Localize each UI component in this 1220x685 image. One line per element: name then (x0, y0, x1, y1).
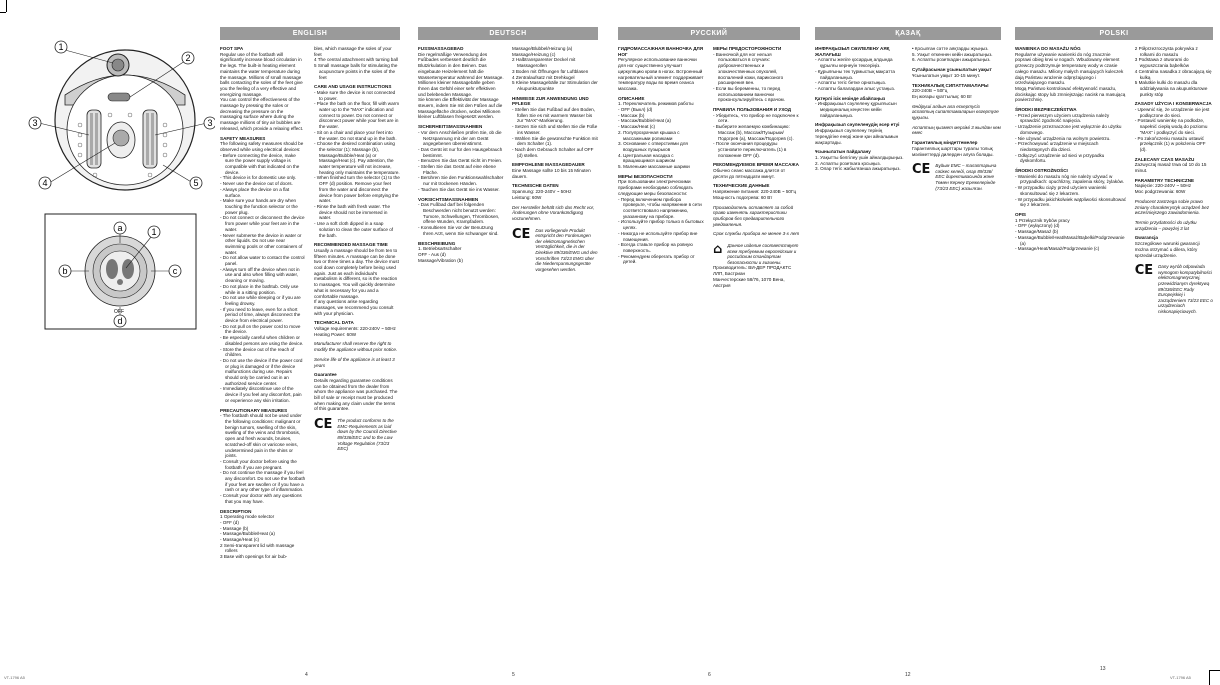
list-item: 3 Podstawa z otworami do wypuszczania bą… (1135, 57, 1213, 68)
list-item: 2 Semi-transparent lid with massage roll… (220, 543, 306, 554)
paragraph: Обычно сеанс массажа длится от десяти до… (713, 168, 800, 179)
paragraph: Regular use of the footbath will signifi… (220, 52, 306, 98)
list-item: - Do not place in the bathtub. Only use … (220, 284, 306, 295)
text-column: Massage/Blubbel/Heizung (a)Massage/Heizu… (512, 46, 598, 272)
list-item: - Berühren Sie den Funktionswahlschalter… (418, 175, 504, 186)
list-item: - Құрылғыны тек тұрмыстық мақсатта пайда… (815, 69, 904, 80)
section-heading: ГИДРОМАССАЖНАЯ ВАННОЧКА ДЛЯ НОГ (618, 46, 705, 57)
list-item: - Аспапты балалардан алыс ұстаңыз. (815, 86, 904, 92)
ce-mark-icon: CE (512, 228, 530, 242)
crop-mark (1209, 670, 1210, 685)
list-item: - Place the bath on the floor, fill with… (314, 101, 400, 130)
list-item: - The footbath should not be used under … (220, 413, 306, 459)
callout-3: 3 (32, 118, 37, 128)
ce-conformity-block: CEThe product conforms to the EMC-Requir… (314, 418, 400, 452)
list-item: 5 Kleine Massagebälle zur Stimulation de… (512, 80, 598, 91)
list-item: 1. Уақытты белгілеу үшін айналдырыңыз. (815, 155, 904, 161)
list-item: - Всегда ставьте прибор на ровную поверх… (618, 242, 705, 253)
text-column: МЕРЫ ПРЕДОСТОРОЖНОСТИ- Ванночкой для ног… (713, 46, 800, 288)
list-item: - Przed pierwszym użyciem urządzenia nal… (1015, 113, 1127, 124)
list-item: 2 Półprzezroczysta pokrywka z rolkami do… (1135, 46, 1213, 57)
list-item: - Do not use while sleeping or if you ar… (220, 295, 306, 306)
paragraph: Производитель: ВИ-ДЕР ПРОДАКТС ЛЛП, Баст… (713, 265, 800, 276)
paragraph: Voltage requirements: 220-240V ~ 50Hz (314, 326, 400, 332)
list-item: 3. Олар тегіс жабылғанша ажыратыңыз. (815, 166, 904, 172)
paragraph: You can control the effectiveness of the… (220, 97, 306, 131)
paragraph: Manufacturer shall reserve the right to … (314, 341, 400, 352)
page-number: 5 (512, 672, 515, 678)
language-header: DEUTSCH (418, 27, 598, 40)
list-item: 5 Malutkie kulki do masażu dla oddziaływ… (1135, 80, 1213, 97)
text-column: ИНФРАҚЫЗЫЛ СӘУЛЕЛЕНУ АЯҚ ЖАЛАҒЫШ- Аспапт… (815, 46, 904, 191)
paragraph: Producent zastrzega sobie prawo zmiany c… (1135, 199, 1213, 216)
list-item: - Do not pull on the power cord to move … (220, 324, 306, 335)
callout-c: c (173, 266, 178, 276)
callout-1: 1 (151, 227, 156, 237)
list-item: - После окончания процедуры установите п… (713, 141, 800, 158)
text-column: • Қосылған сәтте аяқтарды жуыңыз.5. Уақы… (912, 46, 1001, 191)
list-item: - Choose the desired combination using t… (314, 141, 400, 175)
language-section-polski: POLSKIWANIENKA DO MASAŻU NÓGRegularne uż… (1015, 27, 1213, 315)
list-item: - Setzen Sie sich und stellen Sie die Fü… (512, 124, 598, 135)
list-item: - Massage/Bubble/Heat/Masaż/Bąbelki/Podg… (1015, 235, 1127, 246)
paragraph: Leistung: 60W (512, 195, 598, 201)
list-item: - Выберите желаемую комбинацию: Массаж (… (713, 124, 800, 141)
conformity-text: Данное изделие соответствует всем требуе… (727, 243, 800, 265)
list-item: - Odłączyć urządzenie od sieci w przypad… (1015, 153, 1127, 164)
page-number: 12 (905, 672, 911, 678)
list-item: - Do not use the device if the power cor… (220, 358, 306, 387)
list-item: - Stellen Sie das Fußbad auf den Boden, … (512, 107, 598, 124)
language-section-deutsch: DEUTSCHFUSSMASSAGEBADDie regelmäßige Ver… (418, 27, 598, 272)
text-column: WANIENKA DO MASAŻU NÓGRegularne używanie… (1015, 46, 1127, 315)
callout-5: 5 (193, 178, 198, 188)
list-item: - Rinse the bath with fresh water. The d… (314, 204, 400, 221)
list-item: - Make sure the device is not connected … (314, 90, 400, 101)
paragraph: bles, which massage the soles of your fe… (314, 46, 400, 57)
paragraph: Die regelmäßige Verwendung des Fußbades … (418, 52, 504, 98)
text-column: bles, which massage the soles of your fe… (314, 46, 400, 560)
list-item: - Аспапты желіге қосардың алдында құрылғ… (815, 57, 904, 68)
paragraph: Regularne używanie wanienki do nóg znacz… (1015, 52, 1127, 86)
list-item: Massage/Vibration (b) (418, 258, 504, 264)
list-item: - Stellen Sie das Gerät auf eine ebene F… (418, 164, 504, 175)
list-item: - Nach dem Gebrauch Schalter auf OFF (d)… (512, 147, 598, 158)
language-header: РУССКИЙ (618, 27, 800, 40)
list-item: 4. Центральная насадка с вращающимся шар… (618, 153, 705, 164)
list-item: - Konsultieren Sie vor der Benutzung Ihr… (418, 225, 504, 236)
text-column: FOOT SPARegular use of the footbath will… (220, 46, 306, 560)
list-item: - Tauchen Sie das Gerät nie ins Wasser. (418, 187, 504, 193)
conformity-text: The product conforms to the EMC-Requirem… (337, 418, 400, 452)
paragraph: Zazwyczaj masaż trwa od 10 do 15 minut. (1135, 162, 1213, 173)
crop-mark (0, 12, 6, 13)
ce-mark-icon: ⌂ (713, 243, 722, 257)
callout-3: 3 (207, 118, 212, 128)
section-heading: ИНФРАҚЫЗЫЛ СӘУЛЕЛЕНУ АЯҚ ЖАЛАҒЫШ (815, 46, 904, 57)
off-label: OFF (114, 309, 124, 315)
list-item: - Перед включением прибора проверьте, чт… (618, 197, 705, 220)
ce-mark-icon: CE (1135, 264, 1153, 278)
list-item: - Immediately discontinue use of the dev… (220, 386, 306, 403)
paragraph: Heating Power: 60W (314, 332, 400, 338)
paragraph: Szczegółowe warunki gwarancji można otrz… (1135, 241, 1213, 258)
list-item: - Make sure your hands are dry when touc… (220, 198, 306, 215)
list-item: - Das Gerät ist nur für den Hausgebrauch… (418, 147, 504, 158)
ce-conformity-block: ⌂Данное изделие соответствует всем требу… (713, 243, 800, 265)
language-section-english: ENGLISHFOOT SPARegular use of the footba… (220, 27, 400, 560)
list-item: - Przechowywać urządzenie w miejscach ni… (1015, 141, 1127, 152)
paragraph: Ұсынылатын уақыт 10-15 минут. (912, 73, 1001, 79)
list-item: - If you need to leave, even for a short… (220, 307, 306, 324)
list-item: 2 Halbtransparenter Deckel mit Massagero… (512, 57, 598, 68)
text-column: ГИДРОМАССАЖНАЯ ВАННОЧКА ДЛЯ НОГРегулярно… (618, 46, 705, 288)
crop-mark (1210, 670, 1220, 671)
callout-4: 4 (42, 178, 47, 188)
list-item: - Always turn off the device when not in… (220, 267, 306, 284)
footer-code-left: VT-1796 A5 (4, 675, 25, 680)
callout-b: b (62, 266, 67, 276)
list-item: - Das Fußbad darf bei folgenden Beschwer… (418, 202, 504, 225)
foot-spa-diagram: 1 2 3 3 4 5 (25, 35, 215, 200)
paragraph: Der Hersteller behält sich das Recht vor… (512, 205, 598, 222)
section-heading: ПРАВИЛА ПОЛЬЗОВАНИЯ И УХОД (713, 107, 800, 113)
paragraph: If any questions arise regarding massage… (314, 299, 400, 316)
list-item: - Urządzenie przeznaczone jest wyłącznie… (1015, 124, 1127, 135)
paragraph: Производитель оставляет за собой право и… (713, 205, 800, 228)
list-item: - Po zakończeniu masażu ustawić przełącz… (1135, 136, 1213, 153)
list-item: 6. Аспапты розеткадан ажыратыңыз. (912, 57, 1001, 63)
ce-conformity-block: CEDany wyrób odpowiada wymogom kompatybi… (1135, 264, 1213, 314)
list-item: 5 Small massage balls for stimulating th… (314, 63, 400, 80)
list-item: - Never submerse the device in water or … (220, 233, 306, 256)
conformity-text: Бұйым ЕМС – талаптарына сәйкес келеді, о… (935, 163, 1001, 191)
paragraph: Мощность подогрева: 60 Вт (713, 195, 800, 201)
list-item: - Рекомендуем оберегать прибор от детей. (618, 254, 705, 265)
list-item: - Do not continue the massage if you fee… (220, 470, 306, 493)
paragraph: Service life of the appliance is at leas… (314, 357, 400, 368)
language-section-русский: РУССКИЙГИДРОМАССАЖНАЯ ВАННОЧКА ДЛЯ НОГРе… (618, 27, 800, 288)
list-item: 3. Основание с отверстиями для воздушных… (618, 141, 705, 152)
paragraph: Гарантиялық шарттары туралы толық мәліме… (912, 146, 1001, 157)
language-header: ҚАЗАҚ (815, 27, 1001, 40)
list-item: - Be especially careful when children or… (220, 335, 306, 346)
text-column: 2 Półprzezroczysta pokrywka z rolkami do… (1135, 46, 1213, 315)
list-item: 4 Centralna nasadka z obracającą się kul… (1135, 69, 1213, 80)
paragraph: Eine Massage sollte 10 bis 15 Minuten da… (512, 168, 598, 179)
paragraph: Sie können die Effektivität der Massage … (418, 97, 504, 120)
list-item: - Wanienki do masażu nóg nie należy używ… (1015, 174, 1127, 185)
list-item: - Vor dem Anschließen prüfen Sie, ob die… (418, 130, 504, 147)
list-item: - Do not allow water to contact the cont… (220, 255, 306, 266)
ce-conformity-block: CEDas vorliegende Produkt entspricht den… (512, 228, 598, 273)
list-item: - Massage/Heat/Masaż/Podgrzewanie (c) (1015, 246, 1127, 252)
list-item: - Upewnić się, że urządzenie nie jest po… (1135, 107, 1213, 118)
language-header: ENGLISH (220, 27, 400, 40)
section-heading: Сутайрасынан ұсынылатын уақыт (912, 67, 1001, 73)
ce-mark-icon: CE (314, 418, 332, 432)
list-item: - Do not connect or disconnect the devic… (220, 215, 306, 232)
list-item: - Use a soft cloth dipped in a soap solu… (314, 221, 400, 238)
text-column: FUSSMASSAGEBADDie regelmäßige Verwendung… (418, 46, 504, 272)
list-item: - Инфрақызыл сәулелену құрылғысын медици… (815, 101, 904, 118)
ce-mark-icon: CE (912, 163, 930, 177)
list-item: - W przypadku jakichkolwiek wątpliwości … (1015, 197, 1127, 208)
paragraph: Termin przydatności do użytku urządzenia… (1135, 220, 1213, 231)
list-item: 3 Base with openings for air bub- (220, 554, 306, 560)
mode-selector-diagram: OFF a 1 b c d (44, 213, 197, 330)
ce-conformity-block: CEБұйым ЕМС – талаптарына сәйкес келеді,… (912, 163, 1001, 191)
list-item: 5. Маленькие массажные шарики (618, 164, 705, 170)
footer-code-right: VT-1796 A5 (1170, 675, 1191, 680)
callout-a: a (117, 223, 122, 233)
list-item: - When finished turn the selector (1) to… (314, 175, 400, 204)
paragraph: Аспаптың қызмет мерзімі 3 жылдан кем еме… (912, 125, 1001, 136)
list-item: - Postawić wanienkę na podłodze, napełni… (1135, 118, 1213, 135)
paragraph: Moc podgrzewania: 60W (1135, 189, 1213, 195)
paragraph: Инфрақызыл сәулелену терінің тереңдігіне… (815, 128, 904, 145)
callout-d: d (117, 316, 122, 326)
paragraph: Манчестерские 58/76, 1070 Вена, Австрия (713, 277, 800, 288)
page-number: 13 (1100, 666, 1106, 672)
paragraph: Usually a massage should be from ten to … (314, 248, 400, 299)
language-section-қазақ: ҚАЗАҚИНФРАҚЫЗЫЛ СӘУЛЕЛЕНУ АЯҚ ЖАЛАҒЫШ- А… (815, 27, 1001, 191)
callout-1: 1 (58, 42, 63, 52)
list-item: - W przypadku ciąży przed użyciem wanien… (1015, 185, 1127, 196)
list-item: - Sit on a chair and place your feet int… (314, 130, 400, 141)
crop-mark (6, 0, 7, 12)
list-item: • Қосылған сәтте аяқтарды жуыңыз. (912, 46, 1001, 52)
language-header: POLSKI (1015, 27, 1213, 40)
paragraph: The following safety measures should be … (220, 141, 306, 152)
list-item: - Consult your doctor with any questions… (220, 493, 306, 504)
paragraph: При пользовании электрическими приборами… (618, 179, 705, 196)
conformity-text: Dany wyrób odpowiada wymogom kompatybiln… (1158, 264, 1213, 314)
list-item: - Никогда не используйте прибор вне поме… (618, 231, 705, 242)
list-item: 3 Boden mit Öffnungen für Luftblasen (512, 69, 598, 75)
list-item: - Используйте прибор только в бытовых це… (618, 219, 705, 230)
page-number: 6 (708, 672, 711, 678)
conformity-text: Das vorliegende Produkt entspricht den F… (535, 228, 598, 273)
paragraph: Details regarding guarantee conditions c… (314, 378, 400, 412)
list-item: - Убедитесь, что прибор не подключен к с… (713, 113, 800, 124)
paragraph: Регулярное использование ванночки для но… (618, 57, 705, 91)
paragraph: Mogą Państwo kontrolować efektywność mas… (1015, 86, 1127, 103)
instruction-manual-spread: 1 2 3 3 4 5 OFF a 1 b c d (0, 0, 1220, 685)
list-item: - Если вы беременны, то перед использова… (713, 86, 800, 103)
callout-2: 2 (185, 53, 190, 63)
list-item: - Before connecting the device, make sur… (220, 153, 306, 176)
list-item: - Always place the device on a flat surf… (220, 187, 306, 198)
list-item: - Consult your doctor before using the f… (220, 459, 306, 470)
paragraph: Срок службы прибора не менее 3-х лет (713, 231, 800, 237)
section-heading: HINWEISE ZUR ANWENDUNG UND PFLEGE (512, 96, 598, 107)
list-item: - Store the device out of the reach of c… (220, 347, 306, 358)
paragraph: Ең жоғары қуаттылық: 60 Вт (912, 94, 1001, 100)
list-item: - Wählen Sie die gewünschte Funktion mit… (512, 136, 598, 147)
paragraph: Өндіруші алдын ала ескертусіз аспаптың с… (912, 104, 1001, 121)
list-item: 2. Полупрозрачная крышка с массажными ро… (618, 130, 705, 141)
page-number: 4 (305, 672, 308, 678)
list-item: - Ванночкой для ног нельзя пользоваться … (713, 52, 800, 86)
